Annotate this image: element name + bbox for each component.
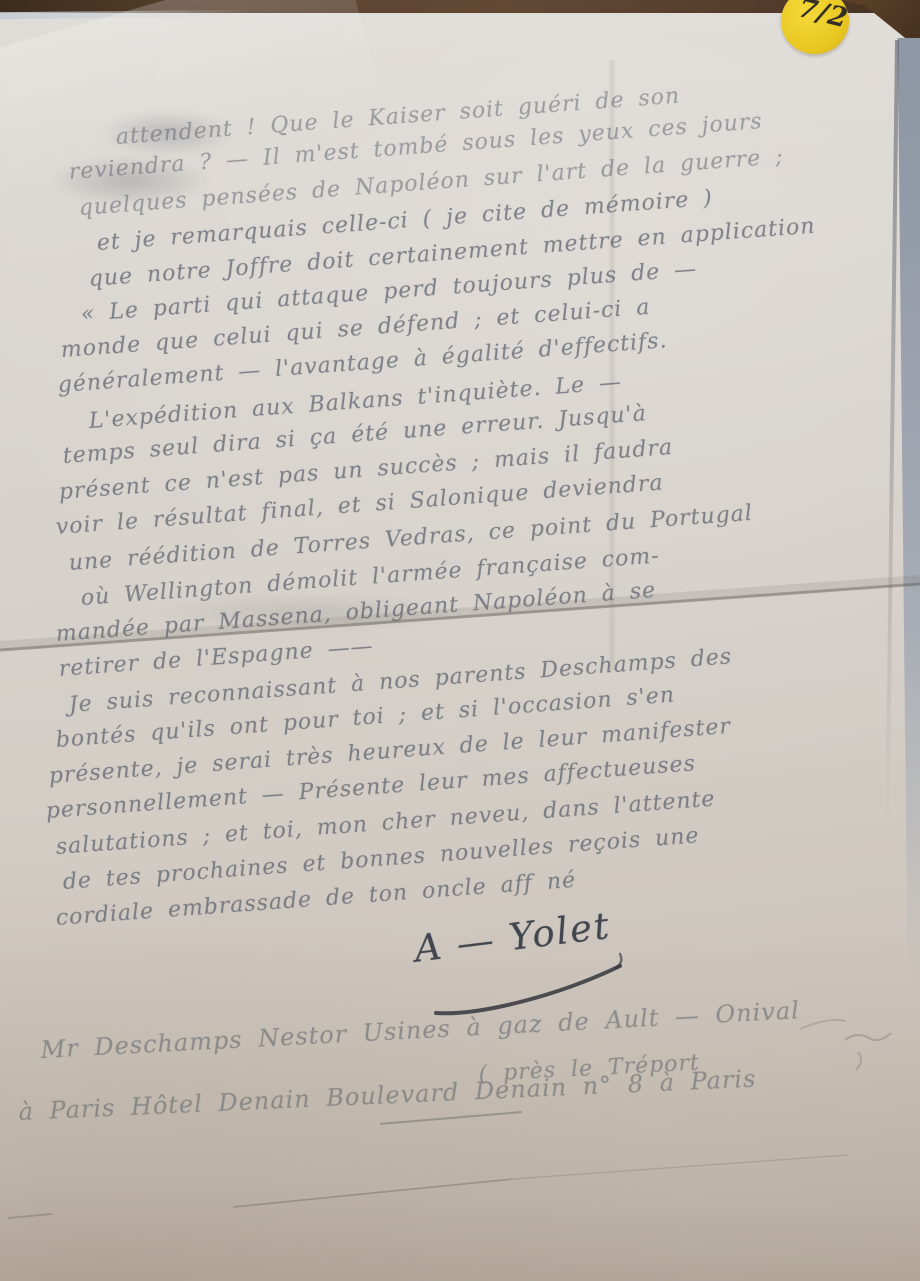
photographed-letter-page: 7/2 attendent ! Que le Kaiser soit guéri… [0, 0, 920, 1281]
page-number-sticker: 7/2 [781, 0, 849, 54]
vertical-crease [608, 60, 616, 670]
page-edge-shadow [885, 40, 899, 860]
signature: A — Yolet [412, 904, 613, 971]
sticker-label: 7/2 [795, 0, 851, 35]
address-line: à Paris Hôtel Denain Boulevard Denain n°… [18, 1065, 757, 1126]
